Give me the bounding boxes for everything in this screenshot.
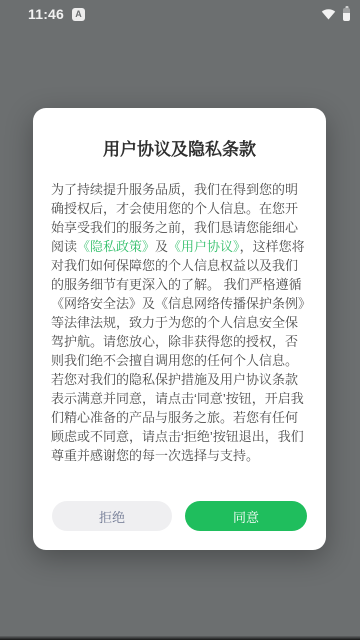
status-bar-right (321, 8, 350, 21)
agreement-text-part3: ，这样您将对我们如何保障您的个人信息权益以及我们的服务细节有更深入的了解。 我们… (51, 239, 305, 463)
dialog-title: 用户协议及隐私条款 (33, 138, 326, 162)
privacy-dialog: 用户协议及隐私条款 为了持续提升服务品质，我们在得到您的明确授权后，才会使用您的… (33, 108, 326, 550)
user-agreement-link[interactable]: 《用户协议》 (168, 239, 240, 254)
notification-a-icon: A (72, 8, 85, 21)
bottom-edge-shadow (0, 636, 360, 640)
agree-button[interactable]: 同意 (185, 501, 307, 531)
dialog-actions: 拒绝 同意 (52, 501, 307, 531)
wifi-icon (321, 8, 336, 20)
battery-icon (343, 8, 350, 21)
status-bar-left: 11:46 A (28, 6, 85, 22)
reject-button[interactable]: 拒绝 (52, 501, 172, 531)
privacy-policy-link[interactable]: 《隐私政策》 (77, 239, 155, 254)
status-time: 11:46 (28, 6, 64, 22)
screen: 11:46 A 用户协议及隐私条款 为了持续提升服务品质，我们在得到您的明确授权… (0, 0, 360, 640)
status-bar: 11:46 A (0, 0, 360, 28)
agreement-text-part2: 及 (155, 239, 168, 254)
agreement-text: 为了持续提升服务品质，我们在得到您的明确授权后，才会使用您的个人信息。在您开始享… (51, 180, 308, 465)
